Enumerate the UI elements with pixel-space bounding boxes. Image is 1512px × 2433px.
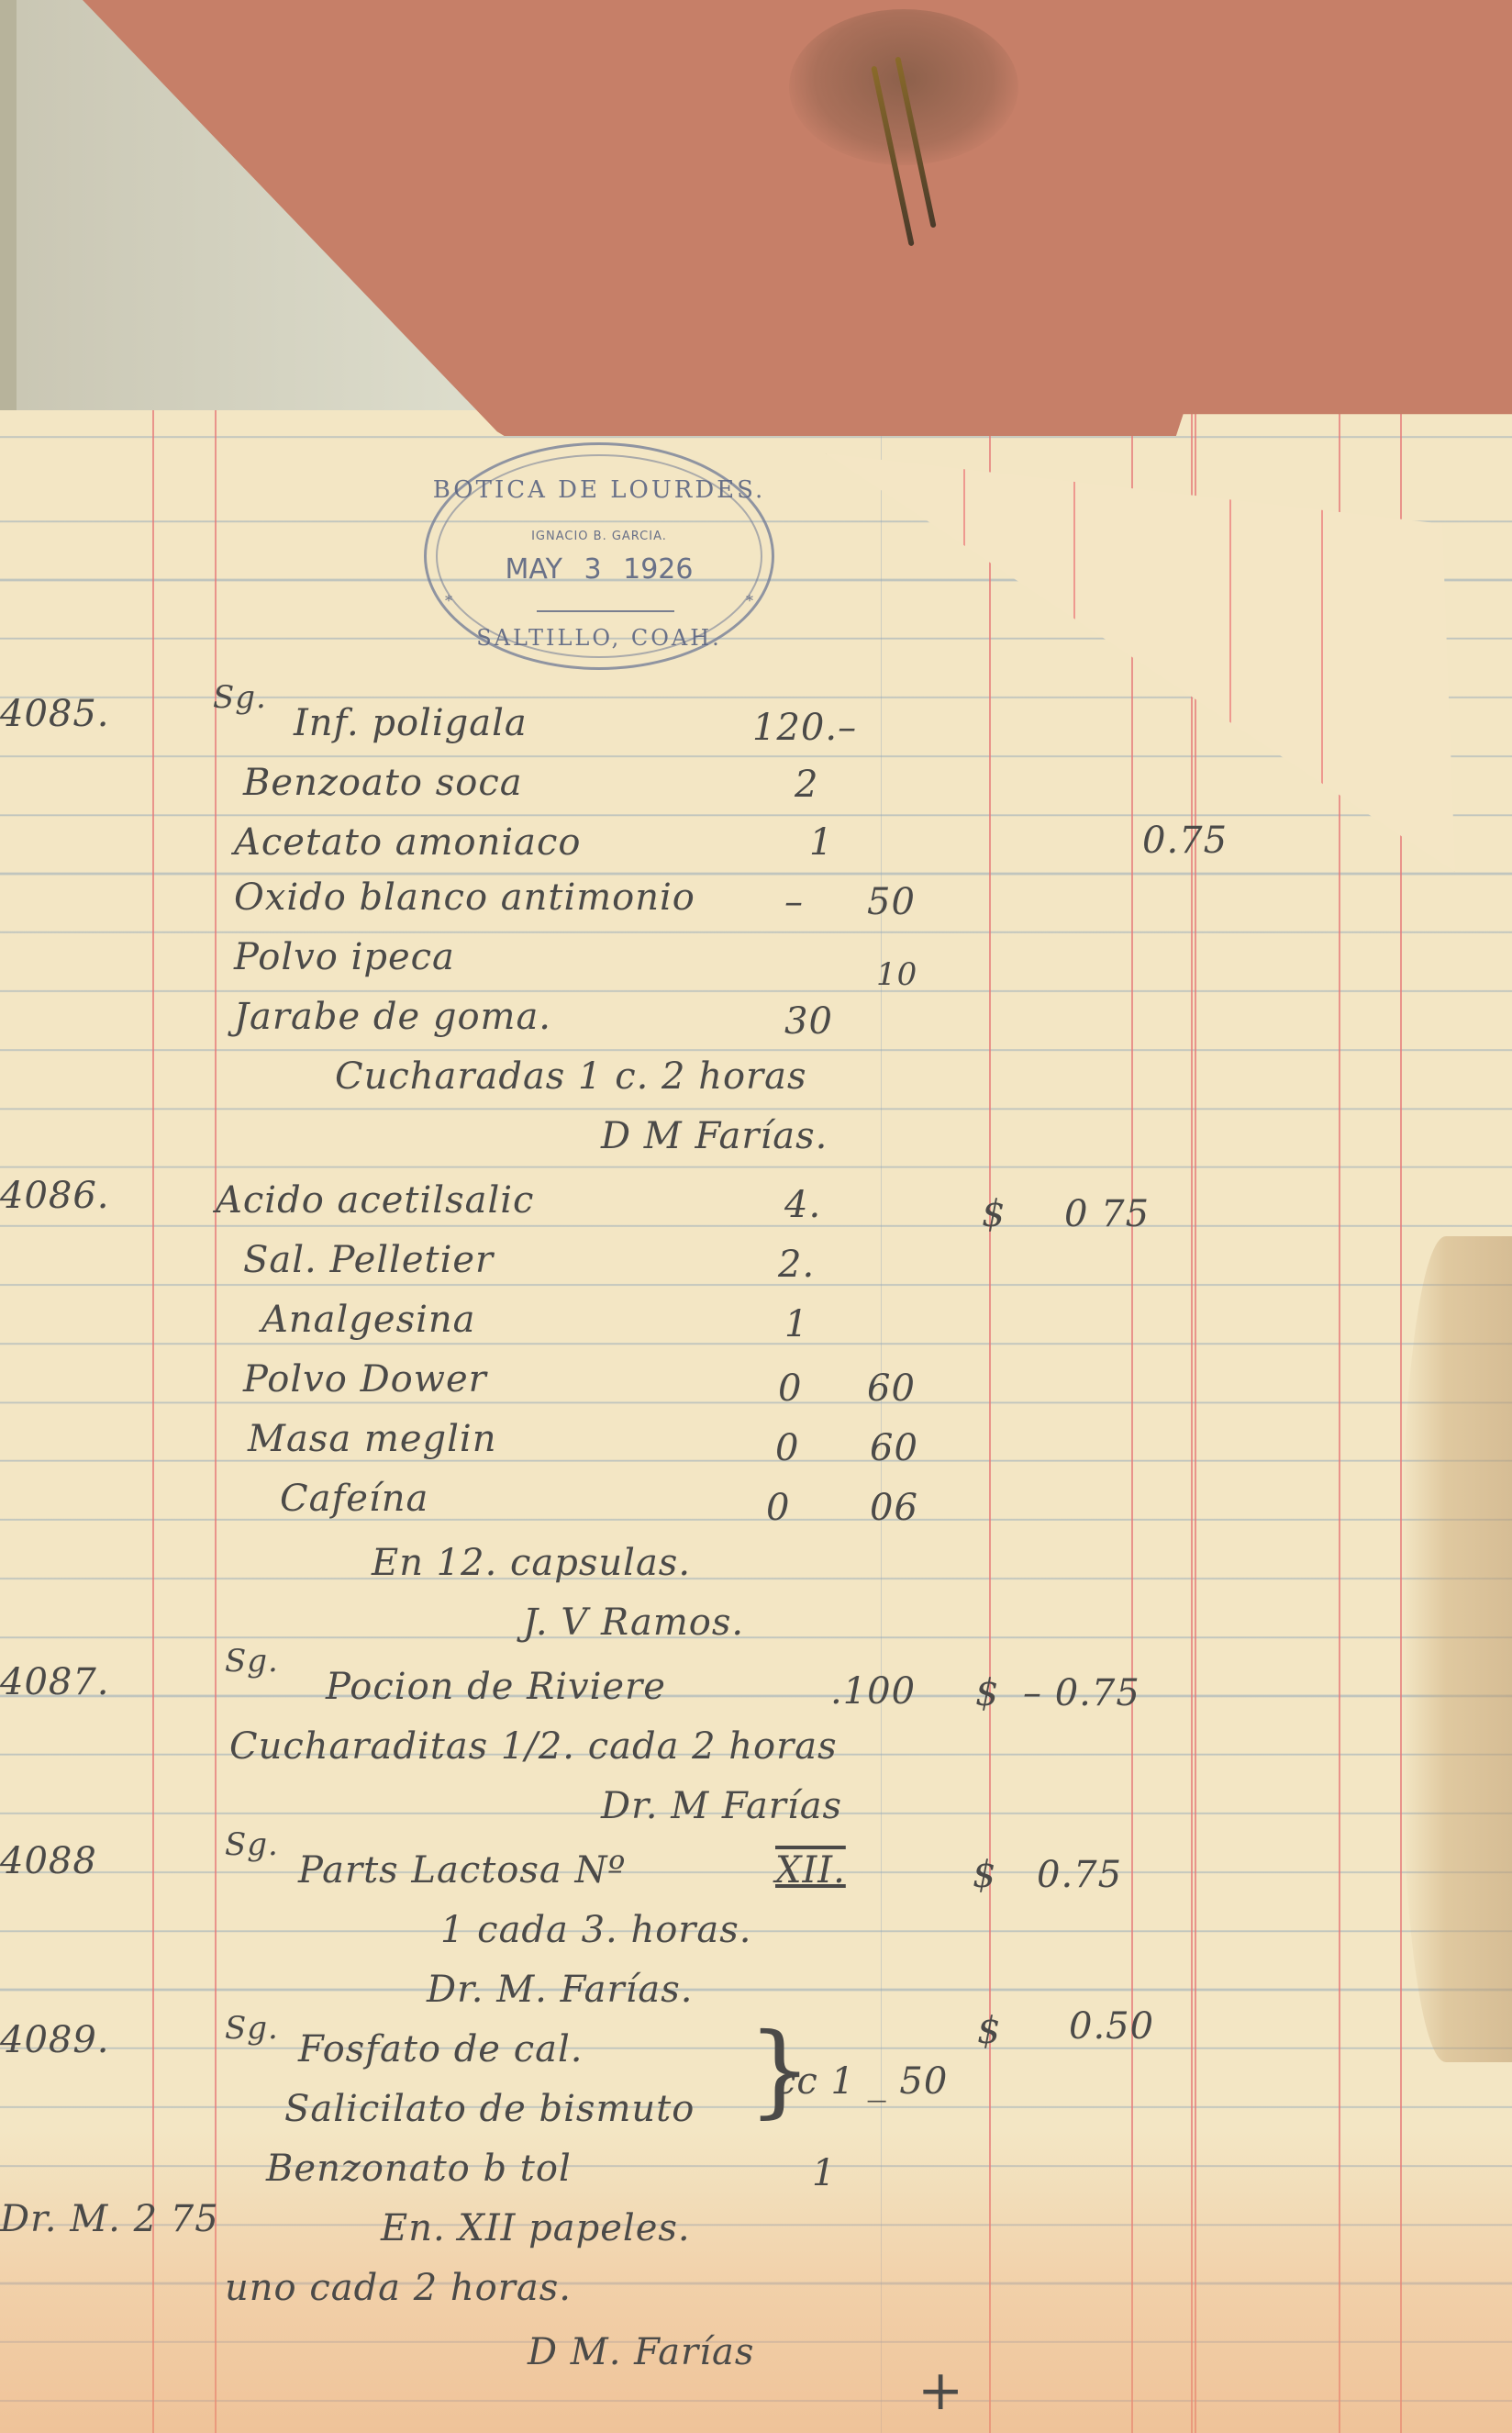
stamp-location: SALTILLO, COAH.	[427, 625, 772, 651]
water-stain-right	[1402, 1236, 1512, 2062]
corner-mark: +	[917, 2359, 964, 2423]
ingredient: Acetato amoniaco	[234, 821, 582, 864]
ingredient: Jarabe de goma.	[234, 996, 551, 1038]
quantity: 4.	[784, 1184, 821, 1226]
directions: En 12. capsulas.	[372, 1542, 691, 1584]
doctor-signature: D M Farías.	[601, 1115, 828, 1157]
quantity: 30	[784, 1000, 833, 1043]
price-symbol: $	[975, 1672, 999, 1714]
stamp-day: 3	[584, 553, 601, 586]
ingredient: Cafeína	[280, 1478, 428, 1520]
sub-quantity: 10	[876, 956, 917, 993]
ingredient: Acido acetilsalic	[216, 1179, 534, 1222]
ingredient: Sal. Pelletier	[243, 1239, 494, 1281]
entry-prefix: Sg.	[225, 1643, 279, 1680]
ingredient: Parts Lactosa Nº	[298, 1849, 626, 1892]
entry-prefix: Sg.	[225, 2010, 279, 2047]
quantity: 2.	[778, 1244, 815, 1286]
entry-number: 4089.	[0, 2019, 110, 2061]
quantity: 0	[778, 1367, 802, 1410]
ingredient: Oxido blanco antimonio	[234, 876, 695, 919]
entry-prefix: Sg.	[213, 679, 267, 716]
entry-prefix: Sg.	[225, 1826, 279, 1863]
ingredient: Benzonato b tol	[266, 2148, 572, 2190]
ingredient: Benzoato soca	[243, 762, 523, 804]
sub-quantity: 60	[867, 1367, 916, 1410]
quantity: 1	[812, 2152, 836, 2194]
entry-number: 4088	[0, 1840, 97, 1882]
stamp-month: MAY	[506, 553, 562, 586]
price: 0 75	[1064, 1193, 1150, 1235]
ingredient: Masa meglin	[248, 1418, 496, 1460]
directions: Cucharadas 1 c. 2 horas	[335, 1055, 807, 1098]
quantity: 1	[809, 821, 833, 864]
stamp-divider	[537, 610, 674, 612]
pharmacy-stamp: BOTICA DE LOURDES. IGNACIO B. GARCIA. MA…	[424, 442, 774, 670]
entry-number: 4085.	[0, 693, 110, 735]
ingredient: Salicilato de bismuto	[284, 2088, 695, 2130]
directions-2: uno cada 2 horas.	[225, 2267, 572, 2309]
sub-quantity: 06	[870, 1487, 918, 1529]
price-symbol: $	[977, 2010, 1001, 2052]
sub-quantity: 60	[870, 1427, 918, 1469]
doctor-signature: Dr. M. Farías.	[427, 1969, 694, 2011]
directions: Cucharaditas 1/2. cada 2 horas	[229, 1725, 838, 1768]
bracket-quantity: cc 1 _ 50	[775, 2060, 948, 2103]
ingredient: Fosfato de cal.	[298, 2028, 583, 2070]
quantity: 2	[795, 764, 818, 806]
directions: 1 cada 3. horas.	[440, 1909, 752, 1951]
ingredient: Polvo Dower	[243, 1358, 487, 1401]
ingredient: Analgesina	[261, 1299, 476, 1341]
entry-number: 4087.	[0, 1661, 110, 1703]
quantity: 0	[775, 1427, 799, 1469]
quantity: –	[784, 881, 804, 923]
stamp-owner: IGNACIO B. GARCIA.	[427, 530, 772, 543]
entry-number: 4086.	[0, 1175, 110, 1217]
ingredient: Polvo ipeca	[234, 936, 455, 978]
stamp-star-icon: *	[746, 592, 753, 609]
directions: En. XII papeles.	[381, 2207, 691, 2249]
quantity: 120.–	[752, 707, 857, 749]
price: 0.50	[1069, 2005, 1154, 2048]
price: – 0.75	[1023, 1672, 1140, 1714]
doctor-signature: Dr. M Farías	[601, 1785, 842, 1827]
quantity: XII.	[775, 1849, 846, 1892]
stamp-star-icon: *	[445, 592, 452, 609]
quantity: 1	[784, 1303, 808, 1345]
quantity: .100	[830, 1670, 916, 1713]
ingredient: Inf. poligala	[294, 702, 528, 744]
doctor-signature: J. V Ramos.	[523, 1602, 744, 1644]
sub-quantity: 50	[867, 881, 916, 923]
margin-note: Dr. M. 2 75	[0, 2198, 219, 2240]
quantity: 0	[766, 1487, 790, 1529]
doctor-signature: D M. Farías	[528, 2331, 754, 2373]
price: 0.75	[1142, 820, 1228, 862]
board-edge	[0, 0, 17, 422]
price-symbol: $	[982, 1193, 1006, 1235]
stamp-business: BOTICA DE LOURDES.	[427, 476, 772, 504]
stamp-date: MAY 3 1926	[427, 553, 772, 586]
price: 0.75	[1037, 1854, 1122, 1896]
price-symbol: $	[973, 1854, 996, 1896]
ingredient: Pocion de Riviere	[326, 1666, 666, 1708]
stamp-year: 1926	[623, 553, 693, 586]
